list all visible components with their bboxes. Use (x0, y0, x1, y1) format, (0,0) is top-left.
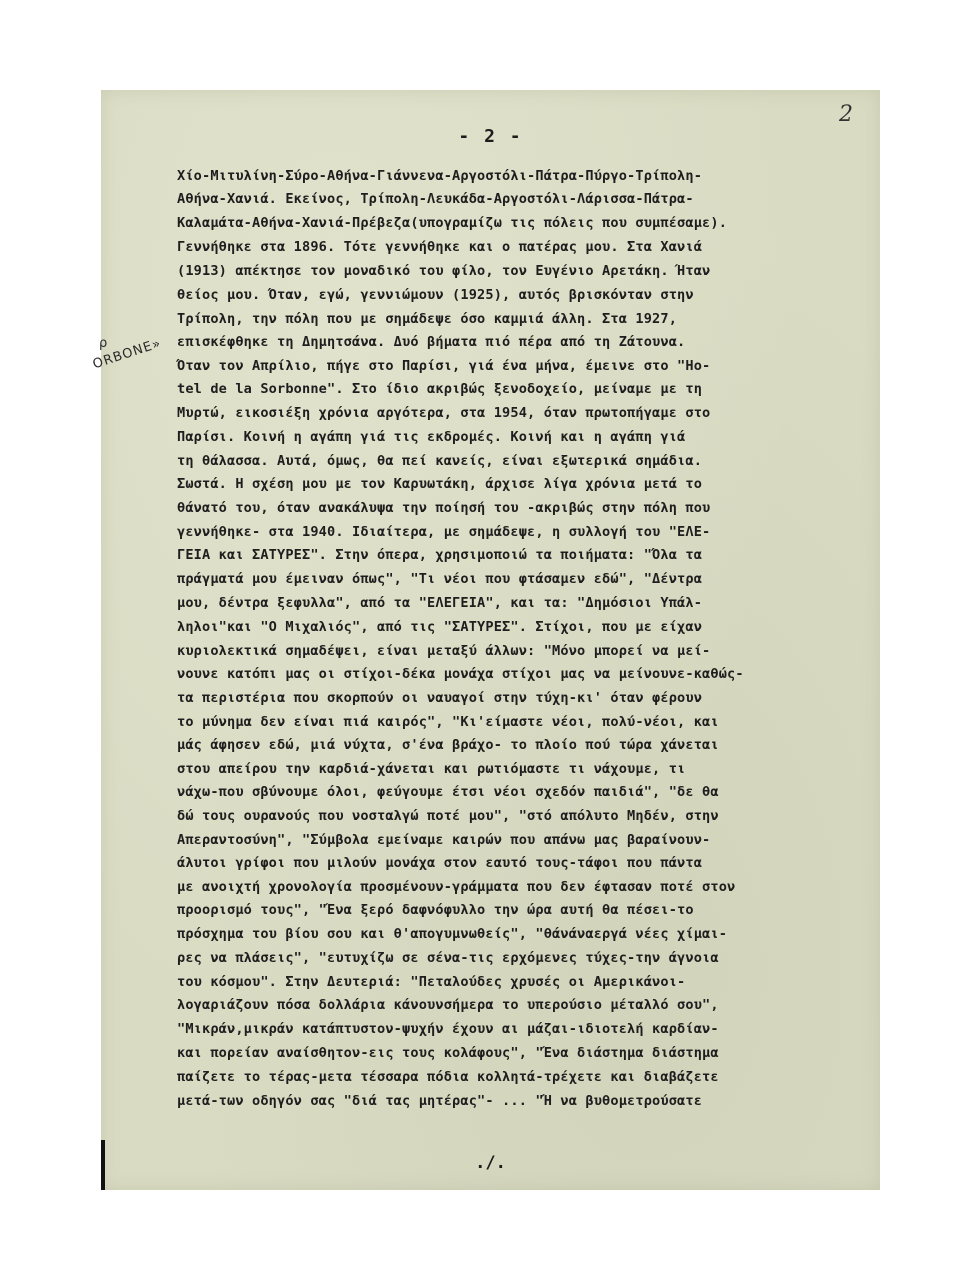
text-line: ΓΕΙΑ και ΣΑΤΥΡΕΣ". Στην όπερα, χρησιμοπο… (177, 545, 702, 565)
text-line: και πορείαν αναίσθητον-εις τους κολάφους… (177, 1043, 719, 1063)
text-line: νάχω-που σβύνουμε όλοι, φεύγουμε έτσι νέ… (177, 782, 719, 802)
text-line: θείος μου. Όταν, εγώ, γεννιώμουν (1925),… (177, 285, 694, 305)
text-line: Καλαμάτα-Αθήνα-Χανιά-Πρέβεζα(υπογραμίζω … (177, 213, 727, 233)
page-edge-shadow (101, 1140, 105, 1190)
text-line: ληλοι"και "Ο Μιχαλιός", από τις "ΣΑΤΥΡΕΣ… (177, 617, 702, 637)
text-line: Παρίσι. Κοινή η αγάπη γιά τις εκδρομές. … (177, 427, 685, 447)
text-line: με ανοιχτή χρονολογία προσμένουν-γράμματ… (177, 877, 735, 897)
document-page: 2 - 2 - ρ ORBONE» Χίο-Μιτυλίνη-Σύρο-Αθήν… (101, 90, 880, 1190)
text-line: δώ τους ουρανούς που νοσταλγώ ποτέ μου",… (177, 806, 719, 826)
text-line: μου, δέντρα ξεφυλλα", από τα "ΕΛΕΓΕΙΑ", … (177, 593, 702, 613)
text-line: στου απείρου την καρδιά-χάνεται και ρωτι… (177, 759, 685, 779)
text-line: θάνατό του, όταν ανακάλυψα την ποίησή το… (177, 498, 710, 518)
text-line: ρες να πλάσεις", "ευτυχίζω σε σένα-τις ε… (177, 948, 719, 968)
text-line: "Μικράν,μικράν κατάπτυστον-ψυχήν έχουν α… (177, 1019, 719, 1039)
text-line: το μύνημα δεν είναι πιά καιρός", "Κι'είμ… (177, 712, 719, 732)
handwritten-page-number: 2 (839, 102, 853, 127)
text-line: Απεραντοσύνη", "Σύμβολα εμείναμε καιρών … (177, 830, 710, 850)
text-line: Χίο-Μιτυλίνη-Σύρο-Αθήνα-Γιάννενα-Αργοστό… (177, 166, 702, 186)
text-line: πράγματά μου έμειναν όπως", "Τι νέοι που… (177, 569, 702, 589)
text-line: Τρίπολη, την πόλη που με σημάδεψε όσο κα… (177, 309, 677, 329)
text-line: τη θάλασσα. Αυτά, όμως, θα πεί κανείς, ε… (177, 451, 702, 471)
text-line: μετά-των οδηγόν σας "διά τας μητέρας"- .… (177, 1091, 702, 1111)
text-line: λογαριάζουν πόσα δολλάρια κάνουνσήμερα τ… (177, 995, 719, 1015)
continuation-mark: ./. (101, 1153, 880, 1173)
text-line: επισκέφθηκε τη Δημητσάνα. Δυό βήματα πιό… (177, 332, 685, 352)
text-line: προορισμό τους", "Ένα ξερό δαφνόφυλλο τη… (177, 900, 694, 920)
text-line: τα περιστέρια που σκορπούν οι ναυαγοί στ… (177, 688, 702, 708)
margin-mark: ρ (99, 336, 107, 351)
text-line: Μυρτώ, εικοσιέξη χρόνια αργότερα, στα 19… (177, 403, 710, 423)
text-line: γεννήθηκε- στα 1940. Ιδιαίτερα, με σημάδ… (177, 522, 710, 542)
text-line: νουνε κατόπι μας οι στίχοι-δέκα μονάχα σ… (177, 664, 744, 684)
text-line: Αθήνα-Χανιά. Εκείνος, Τρίπολη-Λευκάδα-Αρ… (177, 189, 694, 209)
text-line: μάς άφησεν εδώ, μιά νύχτα, σ'ένα βράχο- … (177, 735, 719, 755)
text-line: Σωστά. Η σχέση μου με τον Καρυωτάκη, άρχ… (177, 474, 702, 494)
text-line: Όταν τον Απρίλιο, πήγε στο Παρίσι, γιά έ… (177, 356, 710, 376)
text-line: κυριολεκτικά σημαδέψει, είναι μεταξύ άλλ… (177, 641, 710, 661)
page-number: - 2 - (101, 126, 880, 147)
text-line: παίζετε το τέρας-μετα τέσσαρα πόδια κολλ… (177, 1067, 719, 1087)
text-line: άλυτοι γρίφοι που μιλούν μονάχα στον εαυ… (177, 853, 702, 873)
text-line: tel de la Sorbonne". Στο ίδιο ακριβώς ξε… (177, 379, 702, 399)
text-line: Γεννήθηκε στα 1896. Τότε γεννήθηκε και ο… (177, 237, 702, 257)
text-line: (1913) απέκτησε τον μοναδικό του φίλο, τ… (177, 261, 710, 281)
text-line: πρόσχημα του βίου σου και θ'απογυμνωθείς… (177, 924, 727, 944)
text-line: του κόσμου". Στην Δευτεριά: "Πεταλούδες … (177, 972, 685, 992)
